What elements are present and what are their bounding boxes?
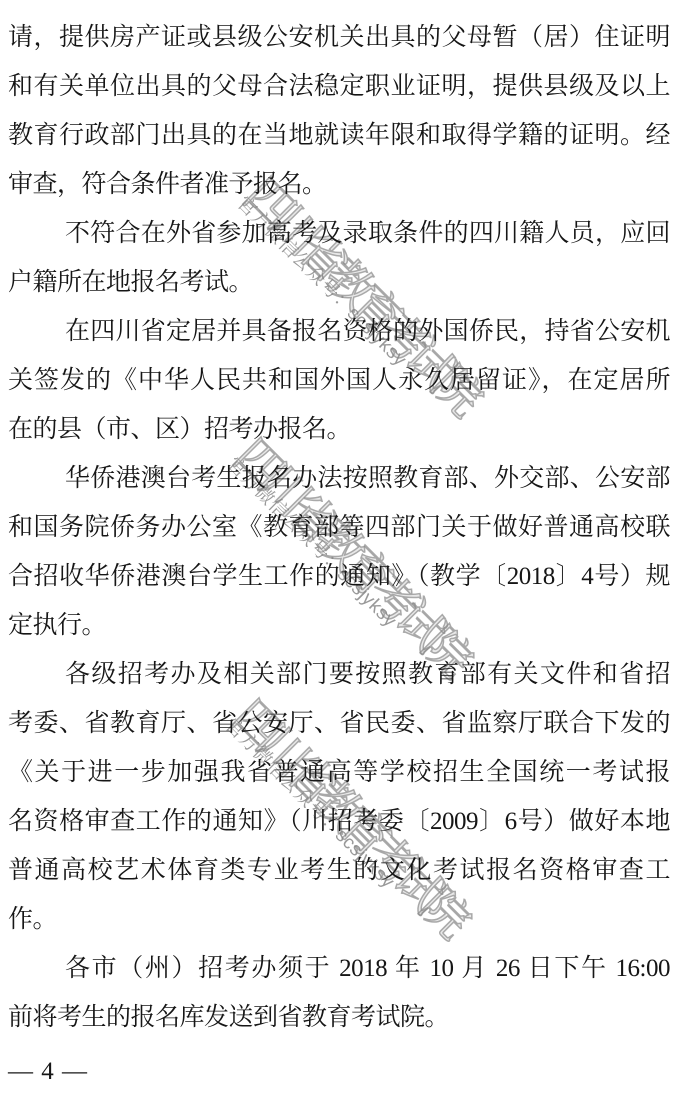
text-line: 各市（州）招考办须于 2018 年 10 月 26 日下午 16:00: [8, 944, 670, 993]
document-body: 请，提供房产证或县级公安机关出具的父母暂（居）住证明和有关单位出具的父母合法稳定…: [8, 13, 670, 1042]
text-line: 和国务院侨务办公室《教育部等四部门关于做好普通高校联: [8, 503, 670, 552]
text-line: 教育行政部门出具的在当地就读年限和取得学籍的证明。经: [8, 111, 670, 160]
text-line: 普通高校艺术体育类专业考生的文化考试报名资格审查工: [8, 846, 670, 895]
text-line: 不符合在外省参加高考及录取条件的四川籍人员，应回: [8, 209, 670, 258]
text-line: 前将考生的报名库发送到省教育考试院。: [8, 993, 670, 1042]
text-line: 各级招考办及相关部门要按照教育部有关文件和省招: [8, 650, 670, 699]
text-line: 在四川省定居并具备报名资格的外国侨民，持省公安机: [8, 307, 670, 356]
text-line: 作。: [8, 895, 670, 944]
text-line: 《关于进一步加强我省普通高等学校招生全国统一考试报: [8, 748, 670, 797]
document-page: 四川省教育考试院 官方微信公众号：scsjyksy 四川省教育考试院 官方微信公…: [0, 0, 680, 1097]
text-line: 定执行。: [8, 601, 670, 650]
text-line: 审查，符合条件者准予报名。: [8, 160, 670, 209]
text-line: 合招收华侨港澳台学生工作的通知》（教学〔2018〕4号）规: [8, 552, 670, 601]
text-line: 考委、省教育厅、省公安厅、省民委、省监察厅联合下发的: [8, 699, 670, 748]
text-line: 名资格审查工作的通知》（川招考委〔2009〕6号）做好本地: [8, 797, 670, 846]
text-line: 请，提供房产证或县级公安机关出具的父母暂（居）住证明: [8, 13, 670, 62]
text-line: 关签发的《中华人民共和国外国人永久居留证》，在定居所: [8, 356, 670, 405]
text-line: 华侨港澳台考生报名办法按照教育部、外交部、公安部: [8, 454, 670, 503]
page-number: — 4 —: [8, 1052, 88, 1092]
text-line: 在的县（市、区）招考办报名。: [8, 405, 670, 454]
text-line: 和有关单位出具的父母合法稳定职业证明，提供县级及以上: [8, 62, 670, 111]
text-line: 户籍所在地报名考试。: [8, 258, 670, 307]
